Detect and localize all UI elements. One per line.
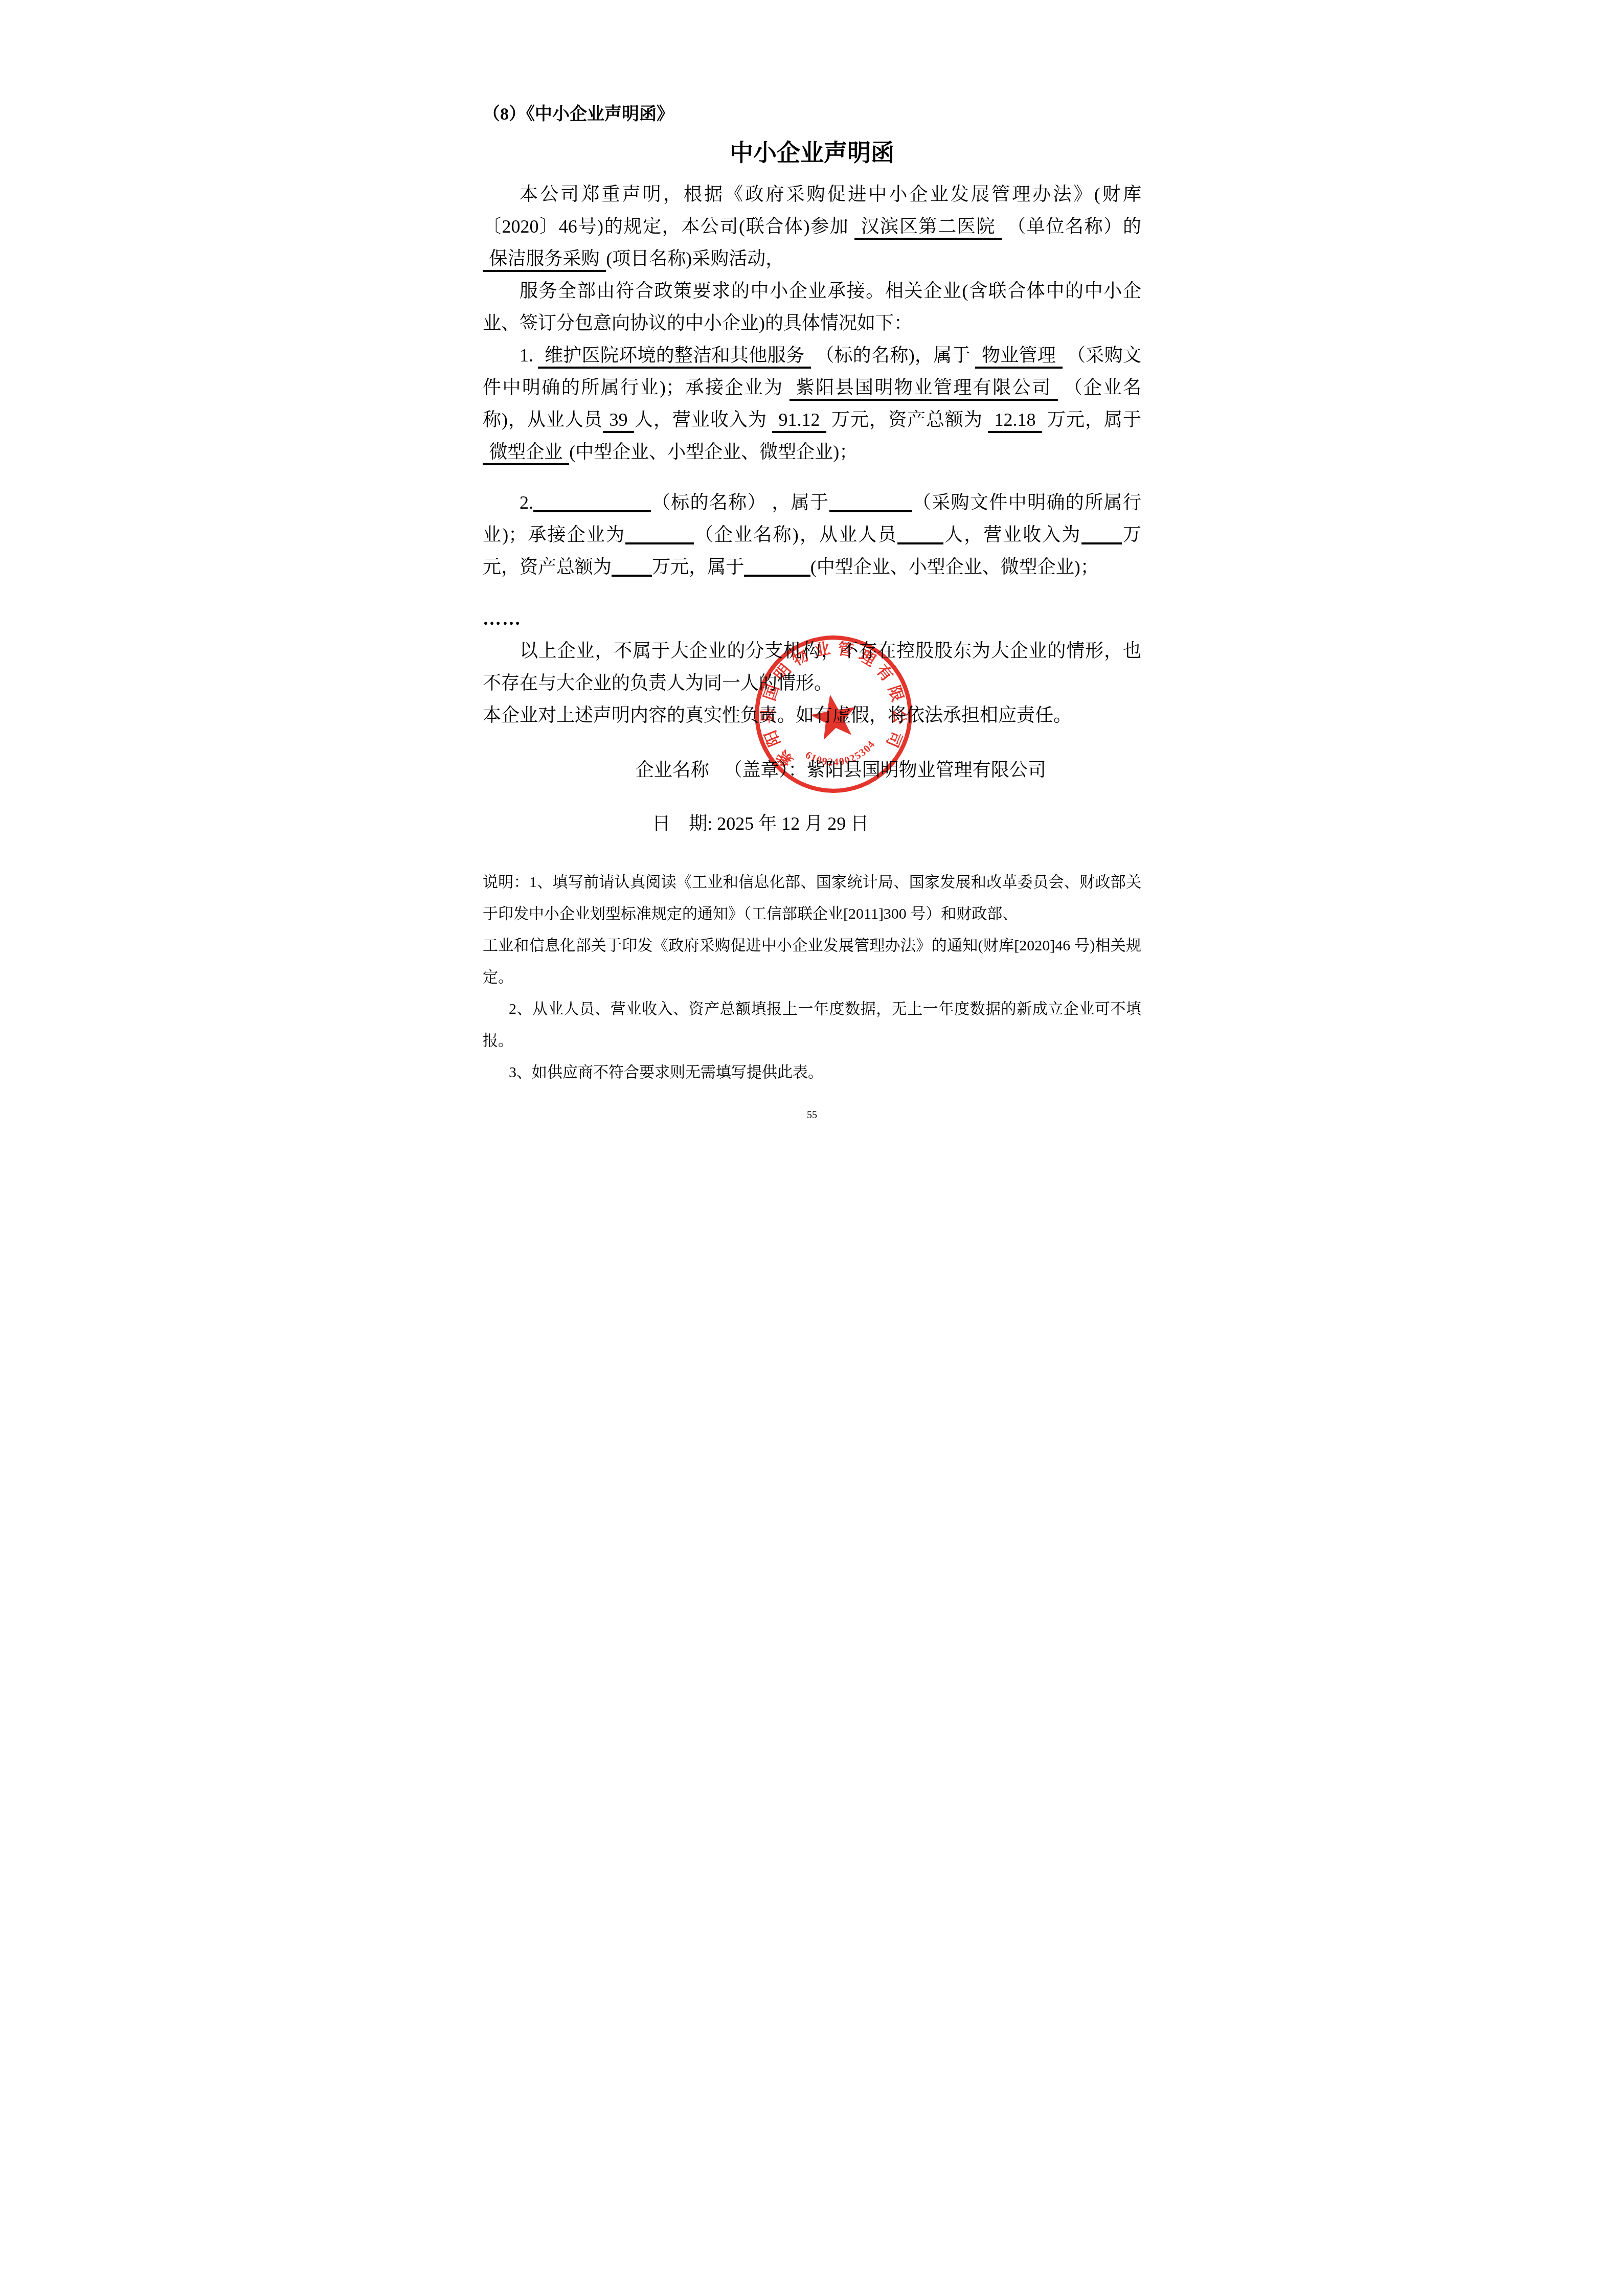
declaration-paragraph-1: 本公司郑重声明，根据《政府采购促进中小企业发展管理办法》(财库〔2020〕46号… <box>483 178 1141 275</box>
item2-type-blank <box>744 556 810 577</box>
item2-text-7: (中型企业、小型企业、微型企业)； <box>810 557 1099 577</box>
item1-assets-fill: 12.18 <box>988 410 1042 433</box>
declaration-paragraph-3: 以上企业，不属于大企业的分支机构，不存在控股股东为大企业的情形，也不存在与大企业… <box>483 635 1141 699</box>
page-title: 中小企业声明函 <box>483 132 1141 173</box>
item1-text-1: （标的名称)，属于 <box>816 345 971 366</box>
page-number: 55 <box>483 1108 1141 1122</box>
item1-subject-fill: 维护医院环境的整洁和其他服务 <box>538 345 811 369</box>
item2-assets-blank <box>612 556 652 577</box>
item2-text-1: （标的名称） ，属于 <box>651 492 829 513</box>
item1-industry-fill: 物业管理 <box>975 345 1062 369</box>
item2-industry-blank <box>829 492 912 512</box>
document-page: （8）《中小企业声明函》 中小企业声明函 本公司郑重声明，根据《政府采购促进中小… <box>406 0 1218 1148</box>
item1-text-7: (中型企业、小型企业、微型企业)； <box>569 442 858 462</box>
item1-number: 1. <box>520 345 533 366</box>
item2-number: 2. <box>520 492 533 513</box>
item2-subject-blank <box>533 492 651 512</box>
item-2: 2.（标的名称） ，属于（采购文件中明确的所属行业)；承接企业为（企业名称)，从… <box>483 487 1141 583</box>
note-3: 3、如供应商不符合要求则无需填写提供此表。 <box>483 1057 1141 1088</box>
seal-note-label: （盖章）： <box>724 760 807 780</box>
note-2: 2、从业人员、营业收入、资产总额填报上一年度数据，无上一年度数据的新成立企业可不… <box>483 993 1141 1057</box>
notes-section: 说明：1、填写前请认真阅读《工业和信息化部、国家统计局、国家发展和改革委员会、财… <box>483 867 1141 1088</box>
para1-text-2: （单位名称）的 <box>1007 216 1141 237</box>
section-heading: （8）《中小企业声明函》 <box>483 100 1141 129</box>
company-name-label: 企业名称 <box>636 760 709 780</box>
declaration-paragraph-2: 服务全部由符合政策要求的中小企业承接。相关企业(含联合体中的中小企业、签订分包意… <box>483 275 1141 339</box>
item2-revenue-blank <box>1081 524 1122 544</box>
unit-name-fill: 汉滨区第二医院 <box>854 216 1002 240</box>
item1-revenue-fill: 91.12 <box>772 410 826 433</box>
item1-employees-fill: 39 <box>603 410 634 433</box>
item1-text-4: 人，营业收入为 <box>634 410 767 430</box>
item1-text-5: 万元，资产总额为 <box>831 410 983 430</box>
note-1-continuation: 工业和信息化部关于印发《政府采购促进中小企业发展管理办法》的通知(财库[2020… <box>483 930 1141 993</box>
item1-text-6: 万元，属于 <box>1047 410 1141 430</box>
para1-text-3: (项目名称)采购活动， <box>606 248 784 269</box>
item-1: 1. 维护医院环境的整洁和其他服务 （标的名称)，属于 物业管理 （采购文件中明… <box>483 339 1141 468</box>
item2-company-blank <box>625 524 693 544</box>
item2-text-6: 万元，属于 <box>652 557 744 577</box>
company-name-value: 紫阳县国明物业管理有限公司 <box>807 760 1046 780</box>
item2-text-4: 人，营业收入为 <box>943 525 1081 545</box>
item1-company-fill: 紫阳县国明物业管理有限公司 <box>790 377 1058 401</box>
note-1: 说明：1、填写前请认真阅读《工业和信息化部、国家统计局、国家发展和改革委员会、财… <box>483 867 1141 930</box>
declaration-paragraph-4: 本企业对上述声明内容的真实性负责。如有虚假，将依法承担相应责任。 <box>483 699 1141 732</box>
date-line: 日 期: 2025 年 12 月 29 日 <box>483 808 1141 840</box>
ellipsis-line: …… <box>483 603 1141 635</box>
project-name-fill: 保洁服务采购 <box>483 248 606 272</box>
item2-employees-blank <box>897 524 943 544</box>
item1-type-fill: 微型企业 <box>483 442 569 465</box>
item2-text-3: （企业名称)，从业人员 <box>694 525 897 545</box>
company-signature-line: 企业名称（盖章）：紫阳县国明物业管理有限公司 <box>483 754 1141 786</box>
